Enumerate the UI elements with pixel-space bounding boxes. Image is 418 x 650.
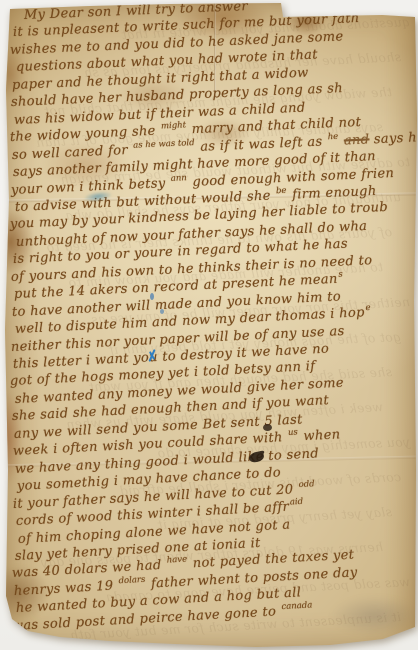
letter-line: any we will send you some Bet sent 5 las… [14, 413, 303, 442]
ink-blot [263, 424, 272, 431]
letter-photo: questions about what you had wrote in th… [0, 0, 418, 650]
crease [0, 456, 418, 468]
letter-line: this letter i want you to destroy it we … [13, 343, 330, 372]
letter-line: put the 14 akers on record at present he… [14, 273, 345, 304]
inserted-word: as he was told [133, 136, 195, 153]
crease [0, 192, 418, 202]
stain [0, 48, 26, 100]
letter-line: of yours and his own to he thinks their … [11, 254, 373, 285]
crease [214, 2, 216, 98]
letter-line: unthought of now your father says he sha… [16, 220, 368, 250]
inserted-word: e [365, 301, 371, 315]
ghost-line: she said she had enough then and if you … [88, 364, 392, 394]
letter-line: she said she had enough then and if you … [12, 394, 330, 424]
ghost-line: it is unpleasent to write such for me bu… [69, 609, 401, 642]
stain [175, 0, 270, 40]
letter-line: should have her husband property as long… [11, 82, 344, 110]
letter-line: cords of wood this winter i shall be aff… [16, 500, 305, 530]
letter-line: you somethig i may have chance to do [17, 466, 282, 494]
letter-line: we have any thing good i would like to s… [15, 447, 320, 477]
stain [196, 118, 252, 148]
inserted-word: s [338, 268, 343, 282]
stain [286, 6, 326, 36]
letter-line: was 40 dolars we had have not payed the … [12, 549, 355, 583]
bleed-through-text: questions about what you had wrote in th… [0, 0, 418, 650]
ghost-line: should have her husband property as long… [83, 49, 401, 80]
letter-line: neither this nor your paper will be of a… [11, 324, 345, 354]
letter-line: wishes me to and you did to he asked jan… [10, 30, 344, 58]
inserted-word: aid [290, 495, 304, 510]
ghost-line: slay yet henry prised one at ionia it [157, 504, 393, 532]
blue-pen-dot [150, 293, 154, 300]
stain [0, 566, 50, 620]
inserted-word: be [276, 184, 287, 198]
letter-line: you may by your kindness be laying her l… [10, 201, 389, 232]
letter-line: says another family might have more good… [13, 150, 376, 180]
letter-line: so well cared for as he was told as if i… [12, 131, 418, 164]
ghost-line: cords of wood this winter i shall be aff… [119, 469, 401, 498]
letter-line: was sold post and peirce have gone to ca… [12, 603, 314, 635]
inserted-word: odd [298, 477, 315, 492]
letter-line: henrys was 19 dolars father whent to pos… [14, 566, 358, 600]
letter-paper: questions about what you had wrote in th… [0, 0, 418, 650]
letter-line: questions about what you had wrote in th… [16, 49, 318, 76]
inserted-word: ann [171, 171, 188, 186]
letter-line: paper and he thought it right that a wid… [12, 66, 309, 92]
ghost-line: to advise with but without would she be … [60, 154, 411, 187]
ghost-line: week i often wish you could share with u… [66, 399, 384, 432]
letter-line: week i often wish you could share with u… [13, 429, 341, 461]
letter-line: it your father says he will have to cut … [13, 482, 317, 513]
letter-line: My Dear son I will try to answer [24, 0, 249, 23]
letter-line: your own i think betsy ann good enough w… [11, 166, 395, 198]
ink-blot [248, 451, 265, 464]
stain [40, 142, 130, 188]
stain [330, 596, 418, 636]
blue-pen-smudge [84, 190, 113, 203]
letter-line: of him choping alone we have not got a [18, 518, 291, 546]
ghost-line: you somethig i may have chance to do [157, 434, 410, 460]
stain [0, 390, 22, 486]
stain [0, 210, 34, 274]
letter-line: to advise with but without would she be … [15, 185, 377, 216]
struck-word: and [344, 132, 370, 148]
inserted-word: might [161, 119, 187, 134]
ghost-line: henrys was 19 dolars father whent to pos… [40, 539, 383, 570]
ghost-line: was sold post and peirce have gone to ca… [105, 574, 410, 604]
ghost-line: unthought of now your father says he sha… [65, 189, 402, 223]
letter-line: it is unpleasent to write such for me bu… [13, 12, 360, 40]
inserted-word: have [166, 553, 187, 568]
blue-pen-dot [160, 309, 164, 314]
inserted-word: he [327, 129, 338, 143]
letter-line: is right to you or youre in regard to wh… [13, 238, 349, 267]
inserted-word: dolars [118, 573, 146, 588]
ghost-line: questions about what you had wrote in th… [121, 14, 410, 42]
letter-line: to have another will made and you know h… [12, 290, 342, 320]
letter-line: slay yet henry prised one at ionia it [15, 537, 261, 564]
letter-line: got of the hogs money yet i told betsy a… [10, 360, 316, 389]
paper-shadow: questions about what you had wrote in th… [0, 0, 418, 650]
letter-line: he wanted to buy a cow and a hog but all [16, 587, 302, 617]
letter-line: the widow young she might marry and that… [10, 116, 362, 146]
ghost-line: to have another will made and you know h… [68, 259, 383, 290]
letter-line: was his widow but if their was a child a… [14, 101, 306, 127]
letter-line: she wanted any money we would give her s… [15, 377, 345, 407]
letter-text: My Dear son I will try to answerit is un… [0, 0, 418, 650]
blue-pen-mark [146, 349, 157, 362]
ghost-line: of yours and his own to he thinks their … [46, 224, 392, 255]
ghost-line: neither this nor your paper will be of a… [91, 294, 411, 327]
inserted-word: canada [281, 598, 313, 614]
ghost-line: says another family might have more good… [36, 119, 384, 150]
ghost-line: got of the hogs money yet i told betsy a… [109, 329, 402, 357]
inserted-word: us [288, 426, 299, 440]
ghost-line: the widow young she might marry and that… [43, 84, 392, 118]
stain [118, 78, 188, 112]
letter-line: well to dispute him and now my dear thom… [15, 306, 373, 338]
